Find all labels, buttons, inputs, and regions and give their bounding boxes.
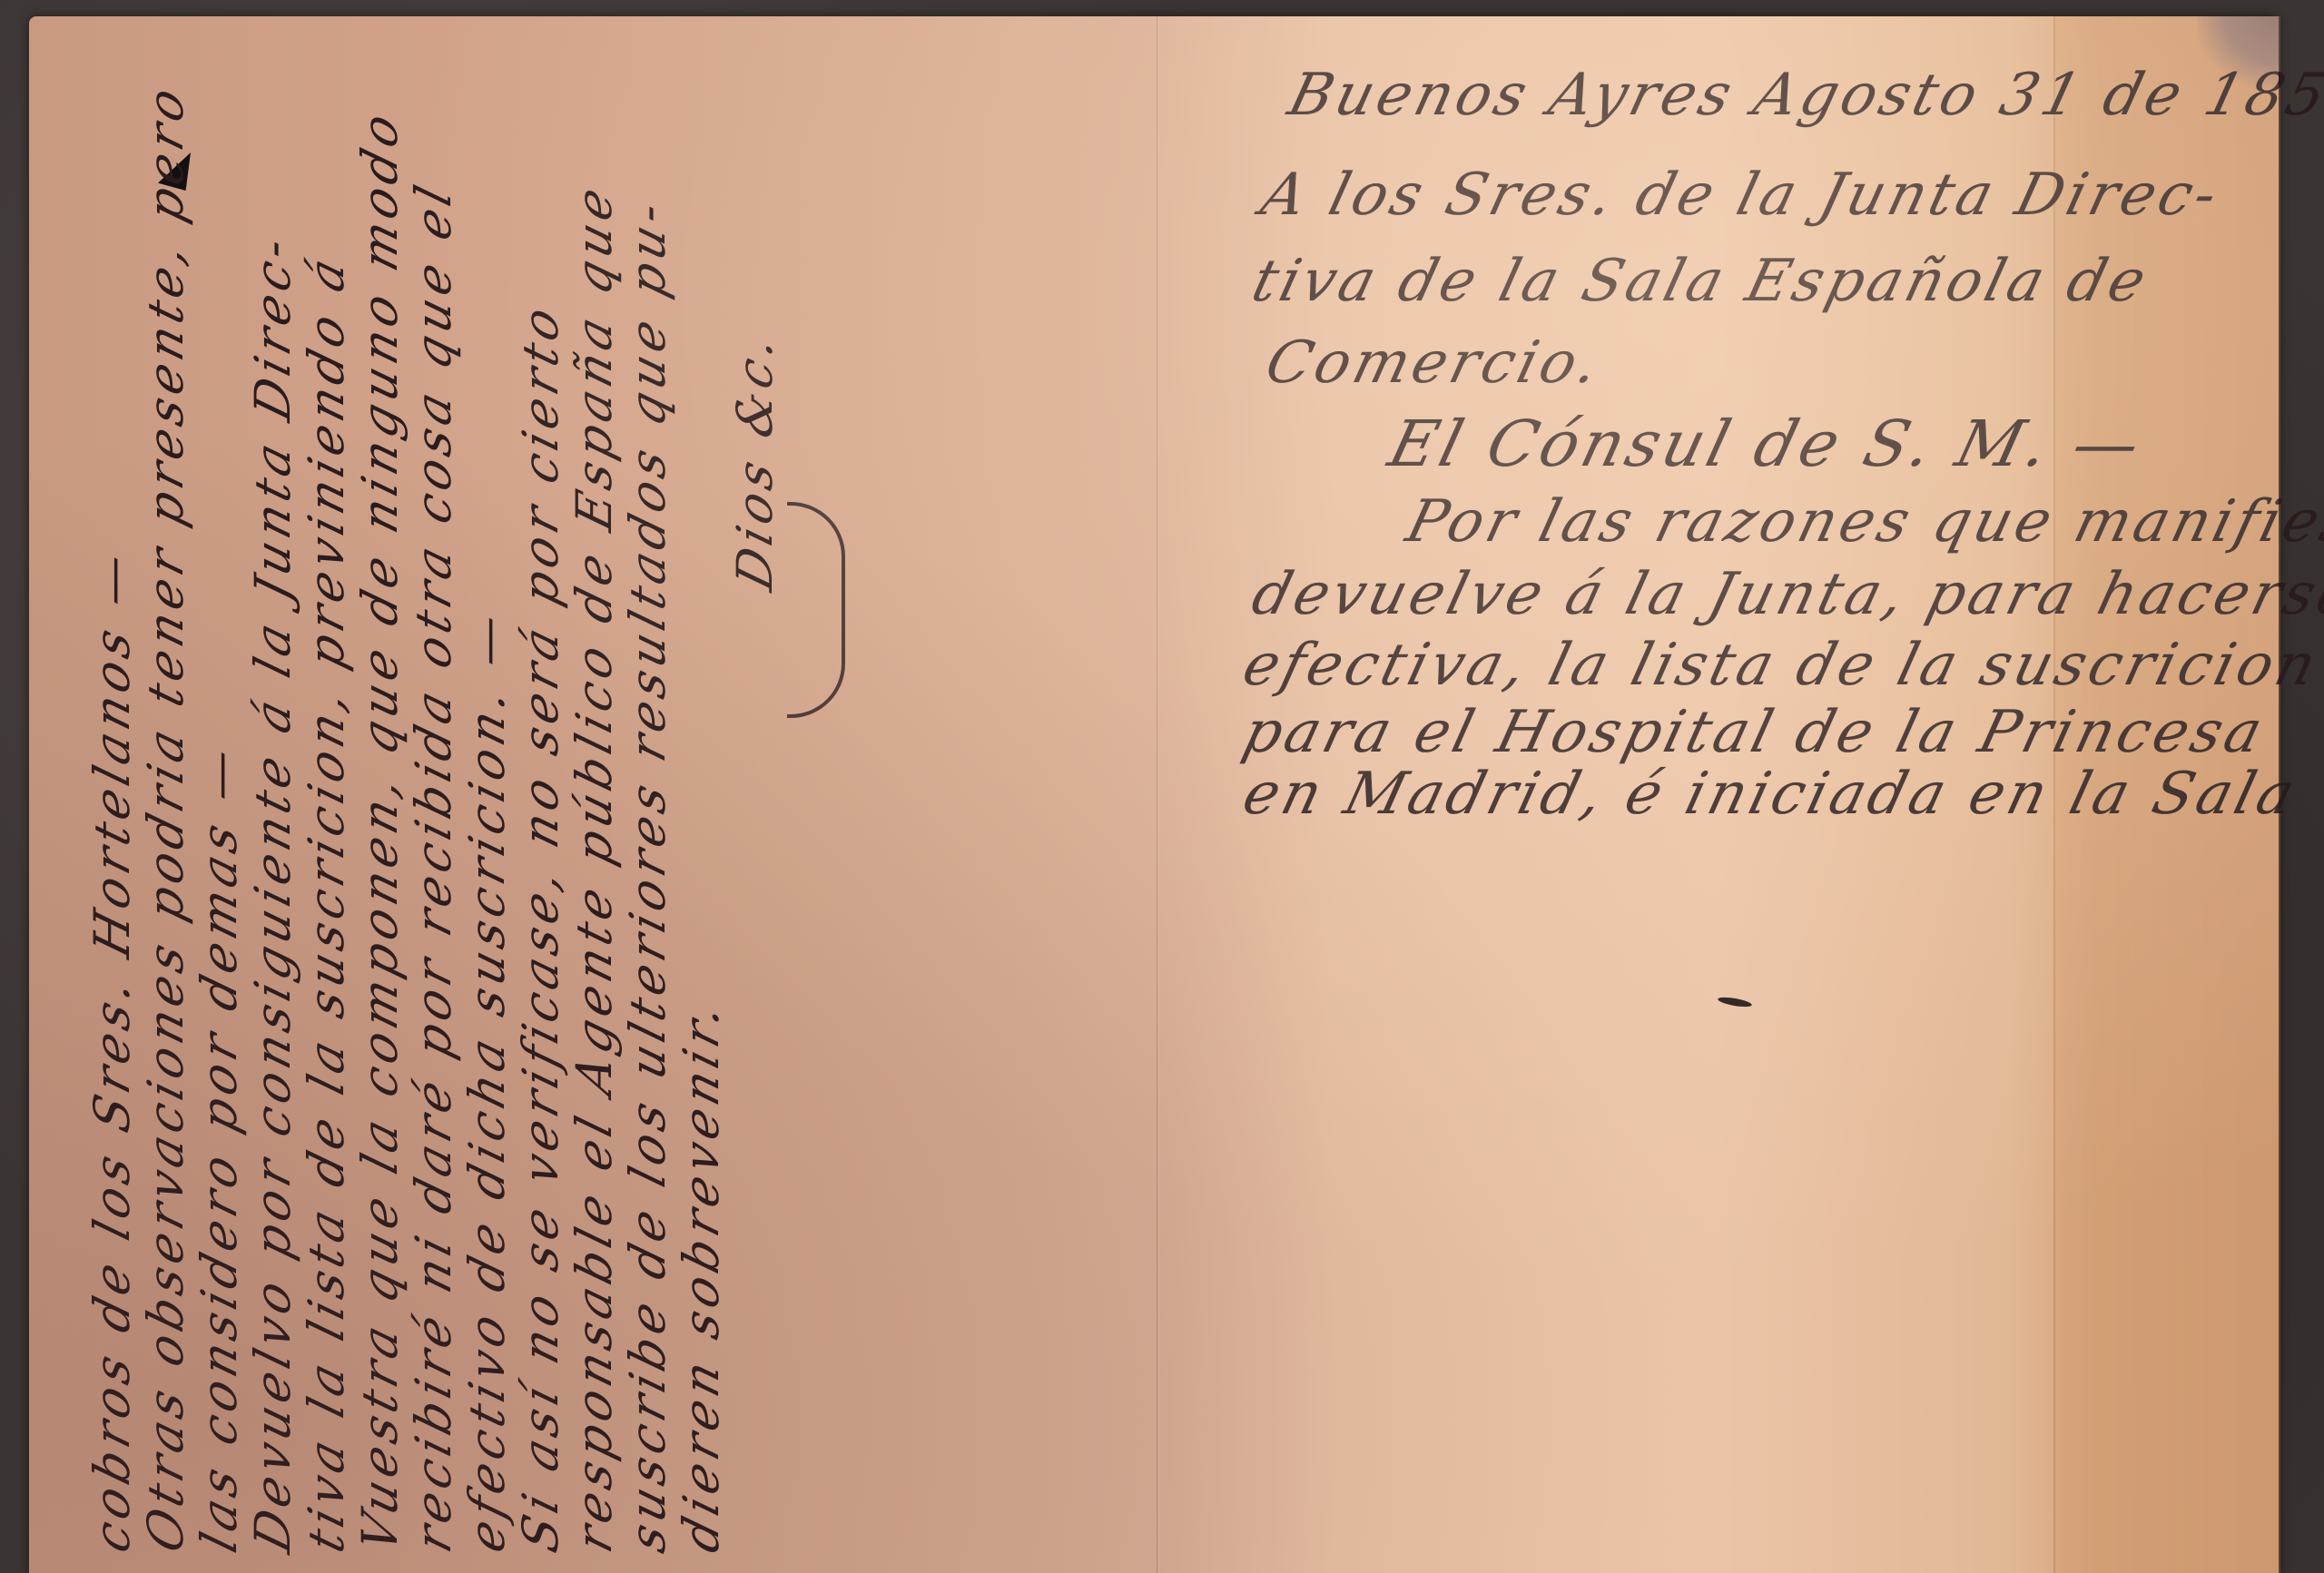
left-line: Devuelvo por consiguiente á la Junta Dir… (246, 36, 300, 1558)
left-line: Vuestra que la componen, que de ninguno … (353, 36, 407, 1558)
body-line: en Madrid, é iniciada en la Sala (1236, 761, 2305, 828)
body-line: para el Hospital de la Princesa (1236, 699, 2272, 766)
left-line: las considero por demas — (192, 36, 246, 1558)
left-line: tiva la lista de la suscricion, previnie… (300, 36, 353, 1558)
body-line: devuelve á la Junta, para hacerse (1246, 561, 2324, 628)
left-line: Si así no se verificase, no será por cie… (514, 36, 567, 1558)
closing-salutation: Dios &c. (728, 36, 782, 1558)
sender-title: El Cónsul de S. M. — (1382, 407, 2151, 481)
left-line: suscribe de los ulteriores resultados qu… (621, 36, 675, 1558)
left-line: cobros de los Sres. Hortelanos — (85, 36, 139, 1558)
left-line: recibiré ni daré por recibida otra cosa … (407, 36, 460, 1558)
address-line: A los Sres. de la Junta Direc- (1255, 162, 2227, 229)
body-line: efectiva, la lista de la suscricion (1236, 632, 2324, 699)
letter-sheet: cobros de los Sres. Hortelanos — Otras o… (29, 16, 2279, 1573)
left-page-rotated-text: cobros de los Sres. Hortelanos — Otras o… (85, 44, 782, 1550)
left-line: responsable el Agente público de España … (567, 36, 621, 1558)
left-page: cobros de los Sres. Hortelanos — Otras o… (29, 16, 1157, 1573)
address-line: Comercio. (1259, 329, 1609, 397)
address-line: tiva de la Sala Española de (1246, 248, 2156, 315)
center-fold (1157, 16, 1159, 1573)
left-line: efectivo de dicha suscricion. — (460, 36, 514, 1558)
date-line: Buenos Ayres Agosto 31 de 1854 (1282, 62, 2324, 129)
stray-ink-mark (1718, 996, 1753, 1008)
closing-rubric-flourish (787, 502, 845, 718)
body-line: Por las razones que manifiesta (1400, 488, 2324, 555)
left-line: dieren sobrevenir. (675, 36, 728, 1558)
left-line: Otras observaciones podria tener present… (139, 36, 192, 1558)
